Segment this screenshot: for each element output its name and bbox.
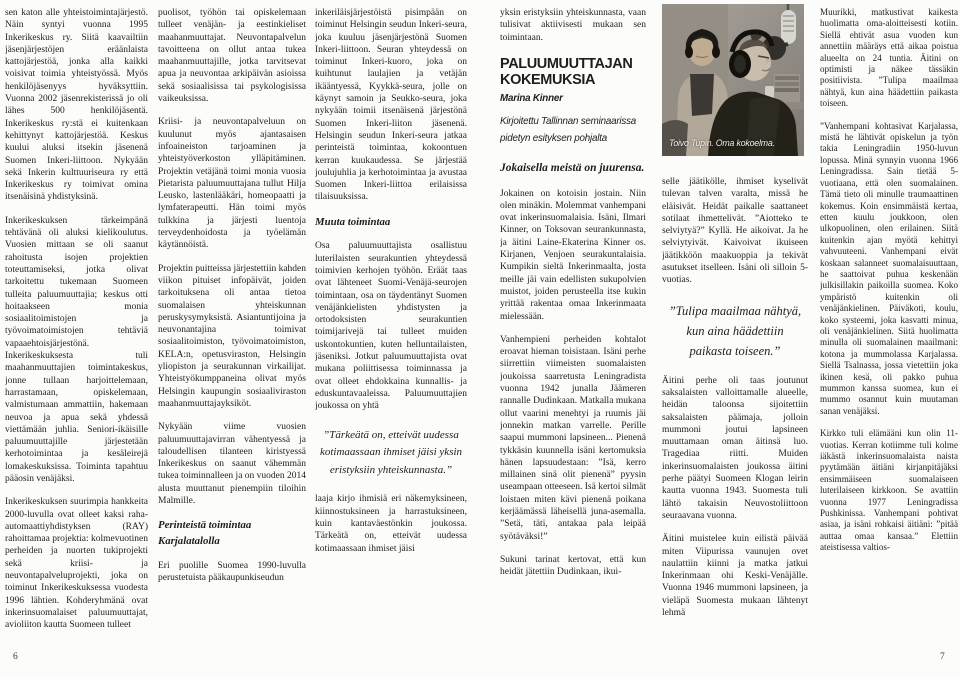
section-heading-muuta-toimintaa: Muuta toimintaa [315,215,467,231]
body-paragraph: yksin eristyksiin yhteiskunnasta, vaan t… [500,7,646,44]
body-paragraph: Eri puolille Suomea 1990-luvulla peruste… [158,560,306,585]
book-spread: sen katon alle yhteistoimintajärjestö. N… [0,0,960,679]
lead-heading: Jokaisella meistä on juurensa. [500,160,646,178]
photo-caption: Toivo Tupin. Oma kokoelma. [669,137,775,149]
body-paragraph: ”Vanhempani kohtasivat Karjalassa, mistä… [820,121,958,418]
right-page-column-1: yksin eristyksiin yhteiskunnasta, vaan t… [500,7,646,679]
body-paragraph: Inkerikeskuksen tärkeimpänä tehtävänä ol… [5,215,148,486]
article-author: Marina Kinner [500,93,646,105]
body-paragraph: Nykyään viime vuosien paluumuuttajavirra… [158,421,306,507]
body-paragraph: Kirkko tuli elämääni kun olin 11-vuotias… [820,428,958,553]
left-page-column-3: inkeriläisjärjestöistä pisimpään on toim… [315,7,467,679]
right-page-column-3: Muurikki, matkustivat kaikesta huolimatt… [820,7,958,679]
pull-quote: ”Tärkeätä on, etteivät uudessa kotimaass… [318,427,464,480]
left-page-column-2: puolisot, työhön tai opiskelemaan tullee… [158,7,306,679]
article-title: PALUUMUUTTAJAN KOKEMUKSIA [500,57,646,88]
radio-studio-scene [662,4,804,156]
page-number-right: 7 [940,652,945,662]
body-paragraph: Jokainen on kotoisin jostain. Niin olen … [500,188,646,323]
body-paragraph: selle jäätikölle, ihmiset kyselivät tule… [662,176,808,287]
body-paragraph: Kriisi- ja neuvontapalveluun on kuulunut… [158,116,306,251]
studio-photo: Toivo Tupin. Oma kokoelma. [662,4,804,156]
body-paragraph: inkeriläisjärjestöistä pisimpään on toim… [315,7,467,204]
body-paragraph: sen katon alle yhteistoimintajärjestö. N… [5,7,148,204]
article-subtitle: Kirjoitettu Tallinnan seminaarissa pidet… [500,113,646,148]
body-paragraph: Äitini perhe oli taas joutunut saksalais… [662,375,808,523]
body-paragraph: puolisot, työhön tai opiskelemaan tullee… [158,7,306,105]
body-paragraph: Äitini muistelee kuin eilistä päivää mit… [662,533,808,619]
body-paragraph: Projektin puitteissa järjestettiin kahde… [158,263,306,411]
pull-quote: ”Tulipa maailmaa nähtyä, kun aina häädet… [665,301,805,361]
body-paragraph: Muurikki, matkustivat kaikesta huolimatt… [820,7,958,110]
body-paragraph: Inkerikeskuksen suurimpia hankkeita 2000… [5,496,148,631]
page-number-left: 6 [13,652,18,662]
section-heading-karjalatalo: Perinteistä toimintaa Karjalatalolla [158,518,306,549]
body-paragraph: laaja kirjo ihmisiä eri näkemyksineen, k… [315,493,467,554]
left-page-column-1: sen katon alle yhteistoimintajärjestö. N… [5,7,148,679]
body-paragraph: Sukuni tarinat kertovat, että kun heidät… [500,554,646,579]
body-paragraph: Osa paluumuuttajista osallistuu luterila… [315,240,467,412]
right-page-column-2: Toivo Tupin. Oma kokoelma. selle jäätikö… [662,4,808,679]
body-paragraph: Vanhempieni perheiden kohtalot eroavat h… [500,334,646,543]
